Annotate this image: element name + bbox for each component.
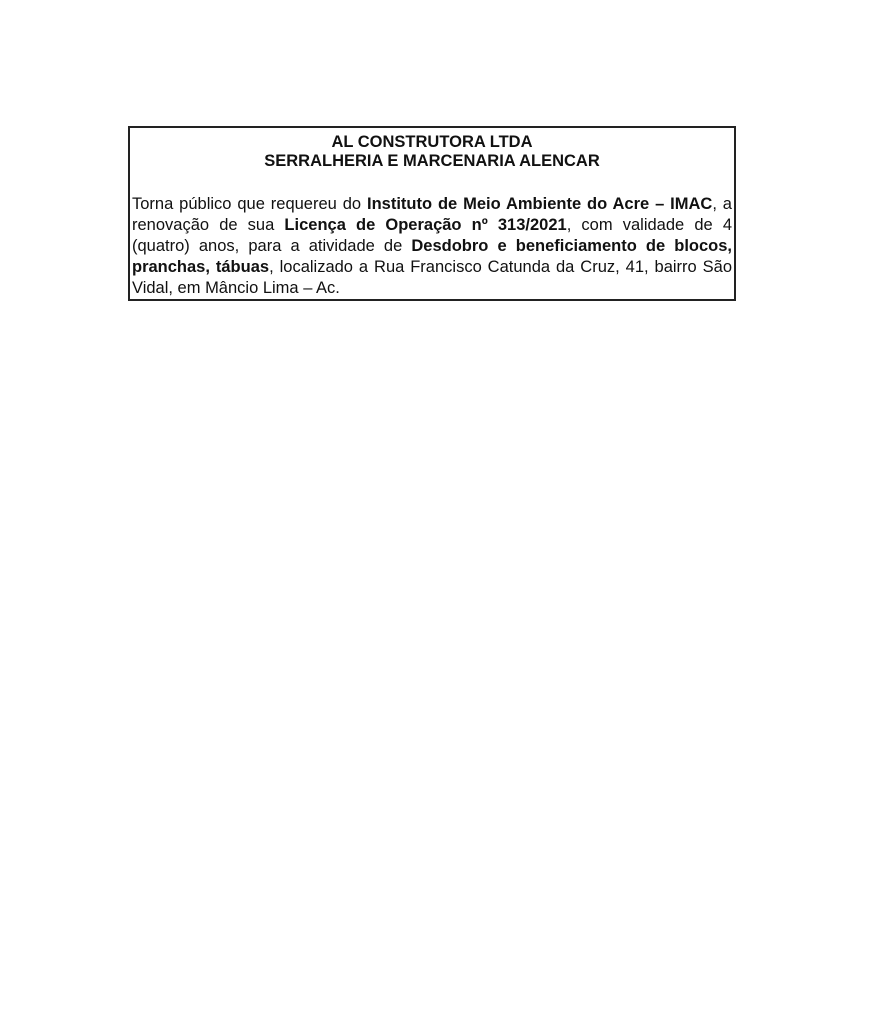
notice-body: Torna público que requereu do Instituto …: [130, 194, 734, 299]
agency-name: Instituto de Meio Ambiente do Acre – IMA…: [367, 195, 712, 213]
license-number: Licença de Operação nº 313/2021: [284, 216, 566, 234]
company-name: AL CONSTRUTORA LTDA: [130, 133, 734, 152]
company-trade-name: SERRALHERIA E MARCENARIA ALENCAR: [130, 152, 734, 171]
public-notice-box: AL CONSTRUTORA LTDA SERRALHERIA E MARCEN…: [128, 126, 736, 301]
body-text-1: Torna público que requereu do: [132, 195, 367, 213]
notice-title: AL CONSTRUTORA LTDA SERRALHERIA E MARCEN…: [130, 133, 734, 171]
